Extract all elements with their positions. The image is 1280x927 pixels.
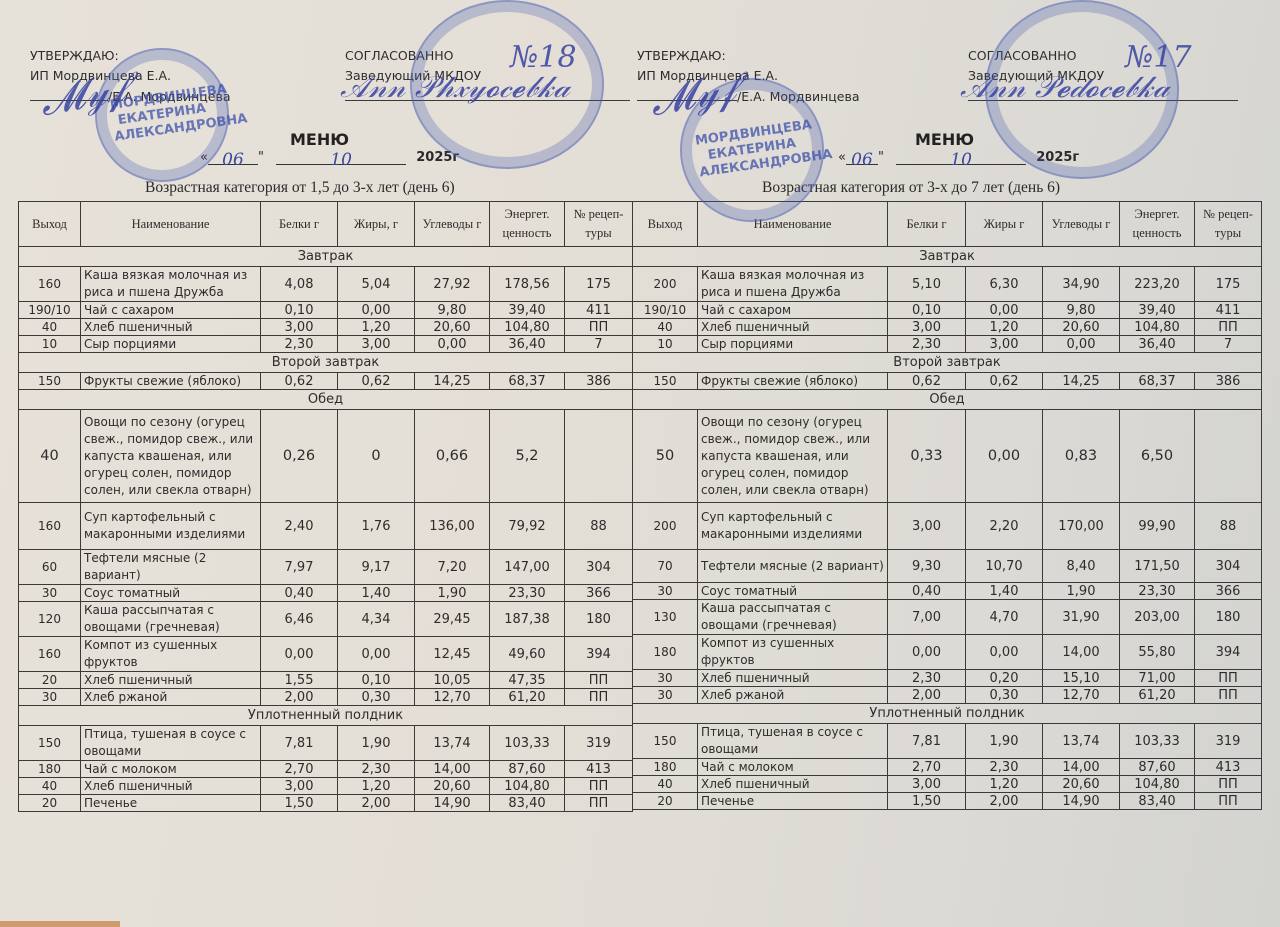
cell-fat: 0,00: [338, 637, 415, 672]
cell-energy: 103,33: [490, 726, 565, 761]
cell-fat: 9,17: [338, 550, 415, 585]
cell-carbs: 0,00: [1043, 336, 1120, 353]
cell-fat: 6,30: [966, 267, 1043, 302]
right-approved-block: УТВЕРЖДАЮ: ИП Мордвинцева Е.А. /Е.А. Мор…: [637, 46, 859, 107]
cell-recipe: 386: [565, 373, 633, 390]
cell-recipe: 175: [1195, 267, 1262, 302]
cell-yield: 40: [633, 319, 698, 336]
cell-yield: 180: [633, 759, 698, 776]
table-row: 60Тефтели мясные (2 вариант)7,979,177,20…: [19, 550, 633, 585]
cell-energy: 55,80: [1120, 635, 1195, 670]
cell-carbs: 7,20: [415, 550, 490, 585]
cell-fat: 2,00: [966, 793, 1043, 810]
cell-name: Хлеб пшеничный: [698, 776, 888, 793]
cell-name: Хлеб ржаной: [698, 687, 888, 704]
cell-recipe: ПП: [1195, 776, 1262, 793]
cell-protein: 3,00: [261, 319, 338, 336]
cell-name: Соус томатный: [81, 585, 261, 602]
cell-protein: 1,55: [261, 672, 338, 689]
cell-recipe: ПП: [1195, 793, 1262, 810]
cell-yield: 60: [19, 550, 81, 585]
cell-fat: 4,70: [966, 600, 1043, 635]
cell-protein: 0,26: [261, 410, 338, 503]
cell-fat: 1,40: [338, 585, 415, 602]
cell-energy: 87,60: [490, 761, 565, 778]
cell-carbs: 8,40: [1043, 550, 1120, 583]
section-row: Уплотненный полдник: [19, 706, 633, 726]
desk-edge: [0, 921, 120, 927]
cell-protein: 0,10: [888, 302, 966, 319]
section-title: Уплотненный полдник: [19, 706, 633, 726]
cell-carbs: 13,74: [415, 726, 490, 761]
cell-protein: 2,00: [261, 689, 338, 706]
cell-yield: 30: [633, 670, 698, 687]
cell-energy: 6,50: [1120, 410, 1195, 503]
cell-energy: 178,56: [490, 267, 565, 302]
column-header: Энергет. ценность: [1120, 202, 1195, 247]
table-row: 30Хлеб пшеничный2,300,2015,1071,00ПП: [633, 670, 1262, 687]
cell-carbs: 0,83: [1043, 410, 1120, 503]
cell-recipe: 304: [565, 550, 633, 585]
column-header: № рецеп-туры: [1195, 202, 1262, 247]
cell-yield: 130: [633, 600, 698, 635]
cell-energy: 71,00: [1120, 670, 1195, 687]
cell-fat: 1,20: [966, 319, 1043, 336]
left-agreed-label: СОГЛАСОВАННО: [345, 46, 630, 66]
table-row: 10Сыр порциями2,303,000,0036,407: [633, 336, 1262, 353]
table-row: 180Компот из сушенных фруктов0,000,0014,…: [633, 635, 1262, 670]
left-date-day: 06: [208, 150, 258, 165]
left-date-month: 10: [276, 150, 406, 165]
left-menu-title: МЕНЮ: [290, 130, 349, 149]
cell-energy: 104,80: [1120, 776, 1195, 793]
section-row: Обед: [633, 390, 1262, 410]
table-row: 150Птица, тушеная в соусе с овощами7,811…: [633, 724, 1262, 759]
cell-fat: 1,20: [338, 319, 415, 336]
column-header: Выход: [19, 202, 81, 247]
cell-carbs: 20,60: [415, 319, 490, 336]
column-header: Выход: [633, 202, 698, 247]
cell-recipe: 319: [565, 726, 633, 761]
cell-protein: 2,30: [888, 670, 966, 687]
right-menu-title: МЕНЮ: [915, 130, 974, 149]
section-title: Второй завтрак: [633, 353, 1262, 373]
cell-yield: 50: [633, 410, 698, 503]
left-age-category: Возрастная категория от 1,5 до 3-х лет (…: [145, 179, 455, 197]
cell-recipe: ПП: [565, 319, 633, 336]
right-menu-table: ВыходНаименованиеБелки гЖиры гУглеводы г…: [632, 201, 1262, 810]
table-row: 20Хлеб пшеничный1,550,1010,0547,35ПП: [19, 672, 633, 689]
cell-carbs: 20,60: [1043, 319, 1120, 336]
cell-energy: 49,60: [490, 637, 565, 672]
cell-protein: 7,81: [261, 726, 338, 761]
cell-fat: 0,62: [338, 373, 415, 390]
cell-fat: 0,00: [966, 302, 1043, 319]
cell-energy: 61,20: [1120, 687, 1195, 704]
cell-yield: 150: [633, 724, 698, 759]
cell-energy: 104,80: [490, 319, 565, 336]
cell-recipe: ПП: [1195, 670, 1262, 687]
cell-fat: 2,30: [966, 759, 1043, 776]
cell-yield: 30: [19, 585, 81, 602]
cell-protein: 6,46: [261, 602, 338, 637]
table-row: 30Соус томатный0,401,401,9023,30366: [19, 585, 633, 602]
cell-protein: 4,08: [261, 267, 338, 302]
cell-energy: 103,33: [1120, 724, 1195, 759]
cell-recipe: 319: [1195, 724, 1262, 759]
cell-carbs: 14,25: [1043, 373, 1120, 390]
cell-protein: 7,97: [261, 550, 338, 585]
cell-fat: 1,20: [338, 778, 415, 795]
cell-name: Чай с молоком: [698, 759, 888, 776]
left-approved-signature-name: /Е.А. Мордвинцева: [108, 89, 230, 104]
cell-carbs: 20,60: [1043, 776, 1120, 793]
cell-energy: 79,92: [490, 503, 565, 550]
table-row: 10Сыр порциями2,303,000,0036,407: [19, 336, 633, 353]
cell-yield: 20: [633, 793, 698, 810]
column-header: Жиры г: [966, 202, 1043, 247]
cell-yield: 190/10: [633, 302, 698, 319]
cell-recipe: ПП: [565, 672, 633, 689]
cell-energy: 83,40: [1120, 793, 1195, 810]
cell-yield: 150: [633, 373, 698, 390]
section-row: Второй завтрак: [19, 353, 633, 373]
cell-carbs: 34,90: [1043, 267, 1120, 302]
table-row: 150Фрукты свежие (яблоко)0,620,6214,2568…: [19, 373, 633, 390]
cell-recipe: 304: [1195, 550, 1262, 583]
cell-recipe: 88: [1195, 503, 1262, 550]
cell-recipe: 366: [1195, 583, 1262, 600]
cell-fat: 5,04: [338, 267, 415, 302]
right-date-line: «06" 10 2025г: [838, 150, 1079, 165]
cell-name: Каша рассыпчатая с овощами (гречневая): [81, 602, 261, 637]
cell-carbs: 29,45: [415, 602, 490, 637]
section-title: Завтрак: [633, 247, 1262, 267]
cell-fat: 0,30: [966, 687, 1043, 704]
section-row: Уплотненный полдник: [633, 704, 1262, 724]
left-date-year: 2025г: [416, 150, 459, 165]
cell-name: Фрукты свежие (яблоко): [81, 373, 261, 390]
cell-yield: 30: [633, 687, 698, 704]
cell-name: Чай с сахаром: [81, 302, 261, 319]
cell-energy: 23,30: [490, 585, 565, 602]
cell-fat: 0,00: [966, 410, 1043, 503]
cell-fat: 10,70: [966, 550, 1043, 583]
cell-recipe: ПП: [565, 795, 633, 812]
cell-yield: 70: [633, 550, 698, 583]
cell-carbs: 10,05: [415, 672, 490, 689]
cell-name: Суп картофельный с макаронными изделиями: [698, 503, 888, 550]
cell-fat: 0,00: [966, 635, 1043, 670]
table-row: 160Суп картофельный с макаронными издели…: [19, 503, 633, 550]
cell-energy: 104,80: [1120, 319, 1195, 336]
cell-name: Хлеб пшеничный: [698, 670, 888, 687]
cell-yield: 10: [633, 336, 698, 353]
cell-fat: 3,00: [966, 336, 1043, 353]
table-row: 150Фрукты свежие (яблоко)0,620,6214,2568…: [633, 373, 1262, 390]
cell-name: Чай с сахаром: [698, 302, 888, 319]
cell-yield: 180: [19, 761, 81, 778]
table-row: 160Каша вязкая молочная из риса и пшена …: [19, 267, 633, 302]
column-header: № рецеп-туры: [565, 202, 633, 247]
cell-carbs: 14,90: [1043, 793, 1120, 810]
cell-carbs: 13,74: [1043, 724, 1120, 759]
table-row: 160Компот из сушенных фруктов0,000,0012,…: [19, 637, 633, 672]
cell-yield: 30: [19, 689, 81, 706]
column-header: Жиры, г: [338, 202, 415, 247]
cell-yield: 10: [19, 336, 81, 353]
cell-energy: 36,40: [1120, 336, 1195, 353]
table-row: 40Хлеб пшеничный3,001,2020,60104,80ПП: [19, 319, 633, 336]
cell-fat: 1,20: [966, 776, 1043, 793]
cell-name: Сыр порциями: [81, 336, 261, 353]
cell-energy: 68,37: [490, 373, 565, 390]
cell-fat: 3,00: [338, 336, 415, 353]
cell-carbs: 170,00: [1043, 503, 1120, 550]
cell-recipe: 411: [1195, 302, 1262, 319]
table-row: 200Каша вязкая молочная из риса и пшена …: [633, 267, 1262, 302]
cell-protein: 0,00: [888, 635, 966, 670]
cell-yield: 160: [19, 267, 81, 302]
cell-recipe: 394: [565, 637, 633, 672]
cell-energy: 104,80: [490, 778, 565, 795]
cell-recipe: 175: [565, 267, 633, 302]
cell-fat: 1,76: [338, 503, 415, 550]
cell-protein: 7,00: [888, 600, 966, 635]
cell-protein: 7,81: [888, 724, 966, 759]
cell-name: Каша вязкая молочная из риса и пшена Дру…: [698, 267, 888, 302]
cell-carbs: 0,00: [415, 336, 490, 353]
cell-yield: 150: [19, 726, 81, 761]
right-date-month: 10: [896, 150, 1026, 165]
column-header: Углеводы г: [1043, 202, 1120, 247]
cell-protein: 0,62: [888, 373, 966, 390]
cell-yield: 160: [19, 503, 81, 550]
table-row: 40Хлеб пшеничный3,001,2020,60104,80ПП: [633, 776, 1262, 793]
cell-name: Каша рассыпчатая с овощами (гречневая): [698, 600, 888, 635]
table-row: 200Суп картофельный с макаронными издели…: [633, 503, 1262, 550]
cell-yield: 40: [633, 776, 698, 793]
cell-name: Птица, тушеная в соусе с овощами: [81, 726, 261, 761]
cell-carbs: 9,80: [1043, 302, 1120, 319]
cell-recipe: 413: [565, 761, 633, 778]
cell-fat: 0,62: [966, 373, 1043, 390]
cell-energy: 39,40: [490, 302, 565, 319]
cell-name: Овощи по сезону (огурец свеж., помидор с…: [698, 410, 888, 503]
left-signature-line: [30, 86, 108, 101]
cell-recipe: 7: [1195, 336, 1262, 353]
cell-recipe: [1195, 410, 1262, 503]
table-row: 40Хлеб пшеничный3,001,2020,60104,80ПП: [633, 319, 1262, 336]
cell-carbs: 1,90: [415, 585, 490, 602]
cell-carbs: 27,92: [415, 267, 490, 302]
cell-carbs: 14,00: [415, 761, 490, 778]
cell-protein: 2,70: [261, 761, 338, 778]
cell-recipe: ПП: [1195, 687, 1262, 704]
cell-protein: 1,50: [261, 795, 338, 812]
cell-carbs: 15,10: [1043, 670, 1120, 687]
cell-name: Печенье: [698, 793, 888, 810]
cell-name: Компот из сушенных фруктов: [81, 637, 261, 672]
cell-yield: 180: [633, 635, 698, 670]
cell-protein: 2,00: [888, 687, 966, 704]
cell-protein: 0,10: [261, 302, 338, 319]
right-approved-signature-name: /Е.А. Мордвинцева: [737, 89, 859, 104]
cell-protein: 2,70: [888, 759, 966, 776]
right-date-day: 06: [846, 150, 878, 165]
cell-protein: 3,00: [888, 776, 966, 793]
right-approved-person: ИП Мордвинцева Е.А.: [637, 66, 859, 86]
cell-yield: 40: [19, 319, 81, 336]
cell-recipe: 180: [565, 602, 633, 637]
right-agreed-person: Заведующий МКДОУ: [968, 66, 1238, 86]
cell-energy: 36,40: [490, 336, 565, 353]
cell-recipe: 413: [1195, 759, 1262, 776]
table-row: 30Хлеб ржаной2,000,3012,7061,20ПП: [19, 689, 633, 706]
right-agreed-signature-line: [968, 86, 1238, 101]
cell-name: Каша вязкая молочная из риса и пшена Дру…: [81, 267, 261, 302]
cell-name: Компот из сушенных фруктов: [698, 635, 888, 670]
cell-recipe: ПП: [565, 689, 633, 706]
cell-name: Овощи по сезону (огурец свеж., помидор с…: [81, 410, 261, 503]
cell-fat: 0,10: [338, 672, 415, 689]
right-approved-label: УТВЕРЖДАЮ:: [637, 46, 859, 66]
right-signature-line: [637, 86, 737, 101]
cell-carbs: 136,00: [415, 503, 490, 550]
table-row: 70Тефтели мясные (2 вариант)9,3010,708,4…: [633, 550, 1262, 583]
cell-fat: 4,34: [338, 602, 415, 637]
section-title: Второй завтрак: [19, 353, 633, 373]
cell-protein: 0,00: [261, 637, 338, 672]
cell-carbs: 14,00: [1043, 635, 1120, 670]
cell-recipe: 386: [1195, 373, 1262, 390]
left-agreed-person: Заведующий МКДОУ: [345, 66, 630, 86]
cell-name: Соус томатный: [698, 583, 888, 600]
table-row: 190/10Чай с сахаром0,100,009,8039,40411: [633, 302, 1262, 319]
cell-name: Хлеб пшеничный: [698, 319, 888, 336]
cell-fat: 0,30: [338, 689, 415, 706]
cell-energy: 39,40: [1120, 302, 1195, 319]
cell-carbs: 31,90: [1043, 600, 1120, 635]
section-row: Завтрак: [633, 247, 1262, 267]
right-date-year: 2025г: [1036, 150, 1079, 165]
cell-recipe: [565, 410, 633, 503]
right-agreed-block: СОГЛАСОВАННО Заведующий МКДОУ: [968, 46, 1238, 107]
cell-protein: 1,50: [888, 793, 966, 810]
cell-energy: 171,50: [1120, 550, 1195, 583]
table-row: 120Каша рассыпчатая с овощами (гречневая…: [19, 602, 633, 637]
left-approved-label: УТВЕРЖДАЮ:: [30, 46, 230, 66]
cell-fat: 2,20: [966, 503, 1043, 550]
cell-energy: 223,20: [1120, 267, 1195, 302]
cell-yield: 40: [19, 778, 81, 795]
table-row: 50Овощи по сезону (огурец свеж., помидор…: [633, 410, 1262, 503]
left-approved-block: УТВЕРЖДАЮ: ИП Мордвинцева Е.А. /Е.А. Мор…: [30, 46, 230, 107]
cell-fat: 1,40: [966, 583, 1043, 600]
cell-fat: 1,90: [338, 726, 415, 761]
cell-fat: 0,00: [338, 302, 415, 319]
left-approved-person: ИП Мордвинцева Е.А.: [30, 66, 230, 86]
section-title: Завтрак: [19, 247, 633, 267]
cell-yield: 200: [633, 503, 698, 550]
section-title: Уплотненный полдник: [633, 704, 1262, 724]
cell-protein: 0,40: [261, 585, 338, 602]
cell-recipe: 394: [1195, 635, 1262, 670]
cell-name: Хлеб ржаной: [81, 689, 261, 706]
cell-energy: 83,40: [490, 795, 565, 812]
cell-protein: 5,10: [888, 267, 966, 302]
cell-protein: 3,00: [888, 319, 966, 336]
section-row: Завтрак: [19, 247, 633, 267]
cell-yield: 30: [633, 583, 698, 600]
cell-protein: 3,00: [888, 503, 966, 550]
table-row: 150Птица, тушеная в соусе с овощами7,811…: [19, 726, 633, 761]
cell-name: Хлеб пшеничный: [81, 672, 261, 689]
cell-yield: 200: [633, 267, 698, 302]
cell-recipe: ПП: [1195, 319, 1262, 336]
cell-name: Птица, тушеная в соусе с овощами: [698, 724, 888, 759]
cell-protein: 2,30: [888, 336, 966, 353]
cell-recipe: ПП: [565, 778, 633, 795]
table-row: 40Хлеб пшеничный3,001,2020,60104,80ПП: [19, 778, 633, 795]
cell-yield: 20: [19, 672, 81, 689]
table-row: 30Хлеб ржаной2,000,3012,7061,20ПП: [633, 687, 1262, 704]
cell-carbs: 12,70: [415, 689, 490, 706]
cell-energy: 68,37: [1120, 373, 1195, 390]
section-title: Обед: [633, 390, 1262, 410]
cell-carbs: 14,90: [415, 795, 490, 812]
cell-carbs: 9,80: [415, 302, 490, 319]
header-row: ВыходНаименованиеБелки гЖиры, гУглеводы …: [19, 202, 633, 247]
cell-protein: 2,30: [261, 336, 338, 353]
header-row: ВыходНаименованиеБелки гЖиры гУглеводы г…: [633, 202, 1262, 247]
cell-name: Фрукты свежие (яблоко): [698, 373, 888, 390]
table-row: 180Чай с молоком2,702,3014,0087,60413: [633, 759, 1262, 776]
cell-carbs: 20,60: [415, 778, 490, 795]
cell-name: Тефтели мясные (2 вариант): [81, 550, 261, 585]
column-header: Энергет. ценность: [490, 202, 565, 247]
cell-protein: 2,40: [261, 503, 338, 550]
cell-recipe: 88: [565, 503, 633, 550]
cell-fat: 1,90: [966, 724, 1043, 759]
right-age-category: Возрастная категория от 3-х до 7 лет (де…: [762, 179, 1060, 197]
left-menu-table: ВыходНаименованиеБелки гЖиры, гУглеводы …: [18, 201, 633, 812]
cell-protein: 0,40: [888, 583, 966, 600]
cell-name: Печенье: [81, 795, 261, 812]
column-header: Углеводы г: [415, 202, 490, 247]
cell-fat: 0,20: [966, 670, 1043, 687]
cell-energy: 87,60: [1120, 759, 1195, 776]
column-header: Белки г: [261, 202, 338, 247]
cell-protein: 3,00: [261, 778, 338, 795]
column-header: Белки г: [888, 202, 966, 247]
section-row: Второй завтрак: [633, 353, 1262, 373]
cell-protein: 9,30: [888, 550, 966, 583]
cell-fat: 0: [338, 410, 415, 503]
cell-fat: 2,00: [338, 795, 415, 812]
cell-yield: 120: [19, 602, 81, 637]
table-row: 40Овощи по сезону (огурец свеж., помидор…: [19, 410, 633, 503]
table-row: 30Соус томатный0,401,401,9023,30366: [633, 583, 1262, 600]
cell-energy: 61,20: [490, 689, 565, 706]
cell-energy: 187,38: [490, 602, 565, 637]
table-row: 20Печенье1,502,0014,9083,40ПП: [19, 795, 633, 812]
cell-recipe: 366: [565, 585, 633, 602]
table-row: 190/10Чай с сахаром0,100,009,8039,40411: [19, 302, 633, 319]
column-header: Наименование: [81, 202, 261, 247]
cell-energy: 99,90: [1120, 503, 1195, 550]
cell-carbs: 1,90: [1043, 583, 1120, 600]
